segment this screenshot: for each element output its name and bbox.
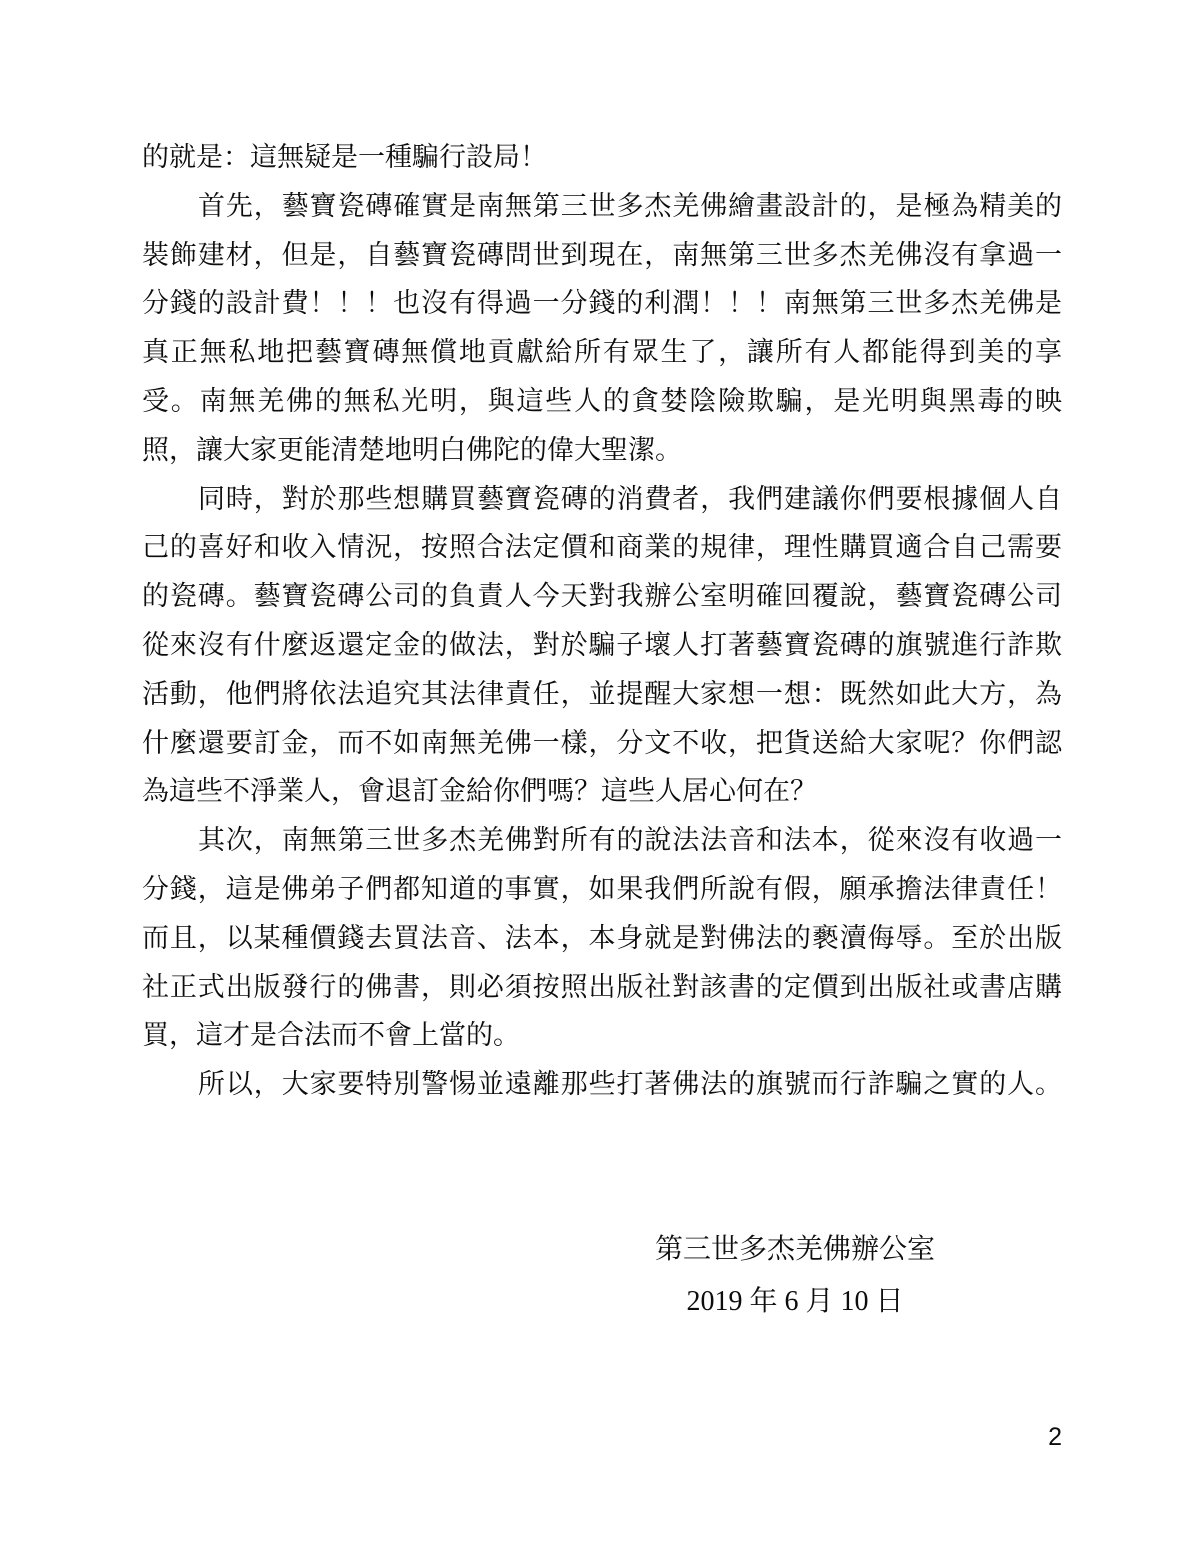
body-line: 其次，南無第三世多杰羌佛對所有的說法法音和法本，從來沒有收過一 — [142, 816, 1062, 865]
page-number: 2 — [142, 1420, 1062, 1454]
signature-office: 第三世多杰羌佛辦公室 — [528, 1224, 1062, 1276]
body-line: 己的喜好和收入情況，按照合法定價和商業的規律，理性購買適合自己需要 — [142, 523, 1062, 572]
body-line: 裝飾建材，但是，自藝寶瓷磚問世到現在，南無第三世多杰羌佛沒有拿過一 — [142, 231, 1062, 280]
body-line: 的瓷磚。藝寶瓷磚公司的負責人今天對我辦公室明確回覆說，藝寶瓷磚公司 — [142, 572, 1062, 621]
body-line: 社正式出版發行的佛書，則必須按照出版社對該書的定價到出版社或書店購 — [142, 963, 1062, 1012]
body-line: 什麼還要訂金，而不如南無羌佛一樣，分文不收，把貨送給大家呢？你們認 — [142, 719, 1062, 768]
body-line: 分錢，這是佛弟子們都知道的事實，如果我們所說有假，願承擔法律責任！ — [142, 865, 1062, 914]
document-page: 的就是：這無疑是一種騙行設局！ 首先，藝寶瓷磚確實是南無第三世多杰羌佛繪畫設計的… — [0, 0, 1200, 1552]
body-line: 而且，以某種價錢去買法音、法本，本身就是對佛法的褻瀆侮辱。至於出版 — [142, 914, 1062, 963]
body-line: 受。南無羌佛的無私光明，與這些人的貪婪陰險欺騙，是光明與黑毒的映 — [142, 377, 1062, 426]
body-line: 買，這才是合法而不會上當的。 — [142, 1011, 1062, 1060]
body-line: 為這些不淨業人，會退訂金給你們嗎？這些人居心何在？ — [142, 767, 1062, 816]
body-line: 的就是：這無疑是一種騙行設局！ — [142, 133, 1062, 182]
body-line: 首先，藝寶瓷磚確實是南無第三世多杰羌佛繪畫設計的，是極為精美的 — [142, 182, 1062, 231]
body-line: 從來沒有什麼返還定金的做法，對於騙子壞人打著藝寶瓷磚的旗號進行詐欺 — [142, 621, 1062, 670]
body-line: 所以，大家要特別警惕並遠離那些打著佛法的旗號而行詐騙之實的人。 — [142, 1060, 1062, 1109]
body-line: 真正無私地把藝寶磚無償地貢獻給所有眾生了，讓所有人都能得到美的享 — [142, 328, 1062, 377]
body-line: 同時，對於那些想購買藝寶瓷磚的消費者，我們建議你們要根據個人自 — [142, 475, 1062, 524]
letter-body: 的就是：這無疑是一種騙行設局！ 首先，藝寶瓷磚確實是南無第三世多杰羌佛繪畫設計的… — [142, 133, 1062, 1109]
body-line: 分錢的設計費！！！也沒有得過一分錢的利潤！！！南無第三世多杰羌佛是 — [142, 279, 1062, 328]
body-line: 活動，他們將依法追究其法律責任，並提醒大家想一想：既然如此大方，為 — [142, 670, 1062, 719]
signature-date: 2019 年 6 月 10 日 — [528, 1276, 1062, 1328]
signature-block: 第三世多杰羌佛辦公室 2019 年 6 月 10 日 — [142, 1224, 1062, 1328]
body-line: 照，讓大家更能清楚地明白佛陀的偉大聖潔。 — [142, 426, 1062, 475]
